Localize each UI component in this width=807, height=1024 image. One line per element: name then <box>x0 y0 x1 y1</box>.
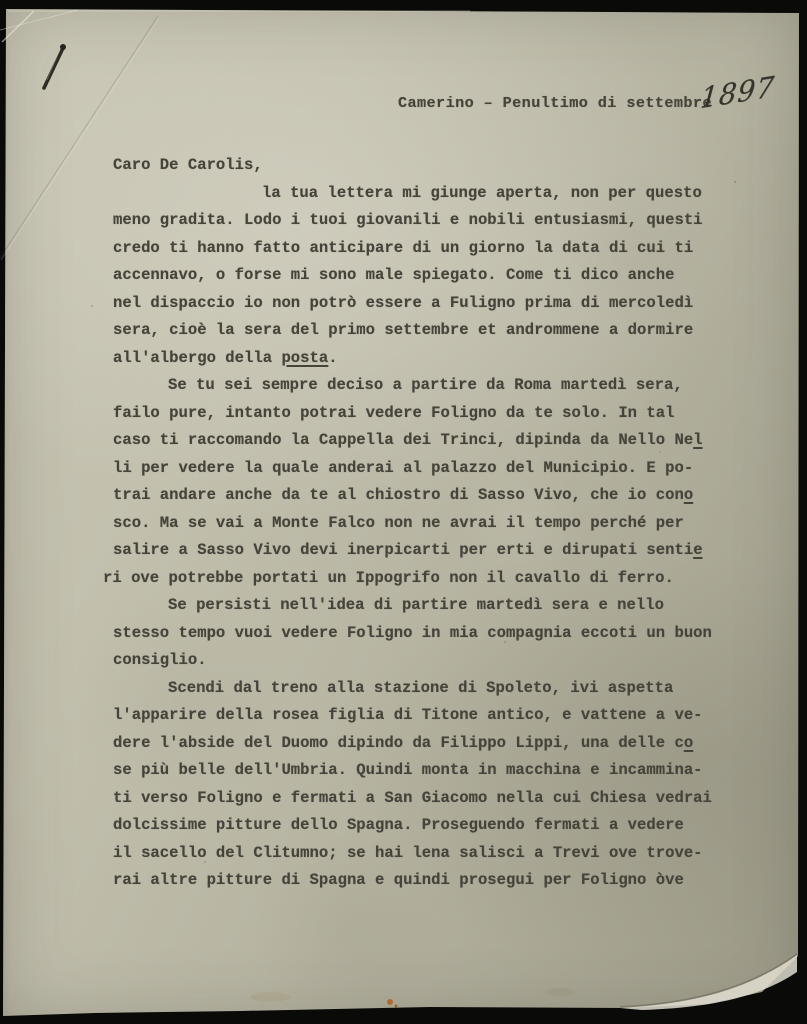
letter-text: consiglio. <box>113 651 207 669</box>
letter-text: li per vedere la quale anderai al palazz… <box>113 459 693 477</box>
letter-text: salire a Sasso Vivo devi inerpicarti per… <box>113 541 693 559</box>
letter-line: l'apparire della rosea figlia di Titone … <box>113 702 753 730</box>
letter-text: sera, cioè la sera del primo settembre e… <box>113 321 693 339</box>
letter-text: credo ti hanno fatto anticipare di un gi… <box>113 239 693 257</box>
letter-line: Se tu sei sempre deciso a partire da Rom… <box>113 372 753 400</box>
letter-line: la tua lettera mi giunge aperta, non per… <box>113 180 753 208</box>
letter-line: dere l'abside del Duomo dipindo da Filip… <box>113 730 753 758</box>
underlined-text: posta <box>281 349 328 367</box>
letter-line: ti verso Foligno e fermati a San Giacomo… <box>113 785 753 813</box>
letter-text: meno gradita. Lodo i tuoi giovanili e no… <box>113 211 703 229</box>
letter-line: li per vedere la quale anderai al palazz… <box>113 455 753 483</box>
letter-text: nel dispaccio io non potrò essere a Fuli… <box>113 294 693 312</box>
letter-text: se più belle dell'Umbria. Quindi monta i… <box>113 761 703 779</box>
scanned-letter-page: Camerino – Penultimo di settembre 1897 C… <box>0 0 807 1024</box>
letter-line: salire a Sasso Vivo devi inerpicarti per… <box>113 537 753 565</box>
letter-line: meno gradita. Lodo i tuoi giovanili e no… <box>113 207 753 235</box>
letter-text: trai andare anche da te al chiostro di S… <box>113 486 684 504</box>
letter-line: consiglio. <box>113 647 753 675</box>
letter-text: ri ove potrebbe portati un Ippogrifo non… <box>103 569 674 587</box>
letter-text: la tua lettera mi giunge aperta, non per… <box>262 184 702 202</box>
letter-line: accennavo, o forse mi sono male spiegato… <box>113 262 753 290</box>
letter-line: rai altre pitture di Spagna e quindi pro… <box>113 867 753 895</box>
letter-line: Se persisti nell'idea di partire martedì… <box>113 592 753 620</box>
letter-body: Caro De Carolis,la tua lettera mi giunge… <box>113 152 753 895</box>
letter-text: . <box>328 349 337 367</box>
letter-text: caso ti raccomando la Cappella dei Trinc… <box>113 431 693 449</box>
letter-text: stesso tempo vuoi vedere Foligno in mia … <box>113 624 712 642</box>
underlined-text: l <box>693 431 702 449</box>
letter-line: sera, cioè la sera del primo settembre e… <box>113 317 753 345</box>
underlined-text: o <box>684 734 693 752</box>
underlined-text: o <box>684 486 693 504</box>
letter-text: failo pure, intanto potrai vedere Folign… <box>113 404 674 422</box>
dateline-typed: Camerino – Penultimo di settembre <box>398 94 712 112</box>
letter-text: dere l'abside del Duomo dipindo da Filip… <box>113 734 684 752</box>
letter-text: ti verso Foligno e fermati a San Giacomo… <box>113 789 712 807</box>
letter-text: l'apparire della rosea figlia di Titone … <box>113 706 703 724</box>
letter-line: il sacello del Clitumno; se hai lena sal… <box>113 840 753 868</box>
letter-text: rai altre pitture di Spagna e quindi pro… <box>113 871 684 889</box>
letter-text: accennavo, o forse mi sono male spiegato… <box>113 266 674 284</box>
letter-line: Scendi dal treno alla stazione di Spolet… <box>113 675 753 703</box>
letter-text: Caro De Carolis, <box>113 156 263 174</box>
letter-line: Caro De Carolis, <box>113 152 753 180</box>
letter-line: caso ti raccomando la Cappella dei Trinc… <box>113 427 753 455</box>
letter-text: all'albergo della <box>113 349 281 367</box>
letter-line: nel dispaccio io non potrò essere a Fuli… <box>113 290 753 318</box>
underlined-text: e <box>693 541 702 559</box>
letter-text: Scendi dal treno alla stazione di Spolet… <box>168 679 673 697</box>
letter-line: dolcissime pitture dello Spagna. Prosegu… <box>113 812 753 840</box>
letter-line: se più belle dell'Umbria. Quindi monta i… <box>113 757 753 785</box>
letter-line: all'albergo della posta. <box>113 345 753 373</box>
letter-line: trai andare anche da te al chiostro di S… <box>113 482 753 510</box>
letter-line: credo ti hanno fatto anticipare di un gi… <box>113 235 753 263</box>
letter-text: il sacello del Clitumno; se hai lena sal… <box>113 844 703 862</box>
letter-text: Se tu sei sempre deciso a partire da Rom… <box>168 376 683 394</box>
letter-line: stesso tempo vuoi vedere Foligno in mia … <box>113 620 753 648</box>
letter-text: dolcissime pitture dello Spagna. Prosegu… <box>113 816 684 834</box>
letter-text: sco. Ma se vai a Monte Falco non ne avra… <box>113 514 684 532</box>
letter-line: sco. Ma se vai a Monte Falco non ne avra… <box>113 510 753 538</box>
letter-line: ri ove potrebbe portati un Ippogrifo non… <box>103 565 753 593</box>
letter-line: failo pure, intanto potrai vedere Folign… <box>113 400 753 428</box>
letter-text: Se persisti nell'idea di partire martedì… <box>168 596 664 614</box>
